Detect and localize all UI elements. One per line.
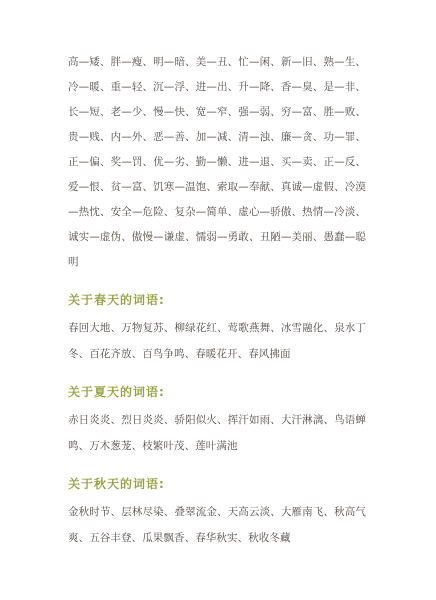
summer-words-heading: 关于夏天的词语: — [68, 384, 366, 400]
antonyms-paragraph: 高—矮、胖—瘦、明—暗、美—丑、忙—闲、新—旧、熟—生、冷—暖、重—轻、沉—浮、… — [68, 50, 366, 275]
autumn-words-paragraph: 金秋时节、层林尽染、叠翠流金、天高云淡、大雁南飞、秋高气爽、五谷丰登、瓜果飘香、… — [68, 499, 366, 551]
section-summer: 关于夏天的词语: 赤日炎炎、烈日炎炎、骄阳似火、挥汗如雨、大汗淋漓、鸟语蝉鸣、万… — [68, 384, 366, 459]
autumn-words-heading: 关于秋天的词语: — [68, 476, 366, 492]
section-spring: 关于春天的词语: 春回大地、万物复苏、柳绿花红、莺歌燕舞、冰雪融化、泉水丁冬、百… — [68, 292, 366, 367]
section-autumn: 关于秋天的词语: 金秋时节、层林尽染、叠翠流金、天高云淡、大雁南飞、秋高气爽、五… — [68, 476, 366, 551]
spring-words-paragraph: 春回大地、万物复苏、柳绿花红、莺歌燕舞、冰雪融化、泉水丁冬、百花齐放、百鸟争鸣、… — [68, 315, 366, 367]
summer-words-paragraph: 赤日炎炎、烈日炎炎、骄阳似火、挥汗如雨、大汗淋漓、鸟语蝉鸣、万木葱茏、枝繁叶茂、… — [68, 407, 366, 459]
document-page: 高—矮、胖—瘦、明—暗、美—丑、忙—闲、新—旧、熟—生、冷—暖、重—轻、沉—浮、… — [0, 0, 436, 600]
spring-words-heading: 关于春天的词语: — [68, 292, 366, 308]
